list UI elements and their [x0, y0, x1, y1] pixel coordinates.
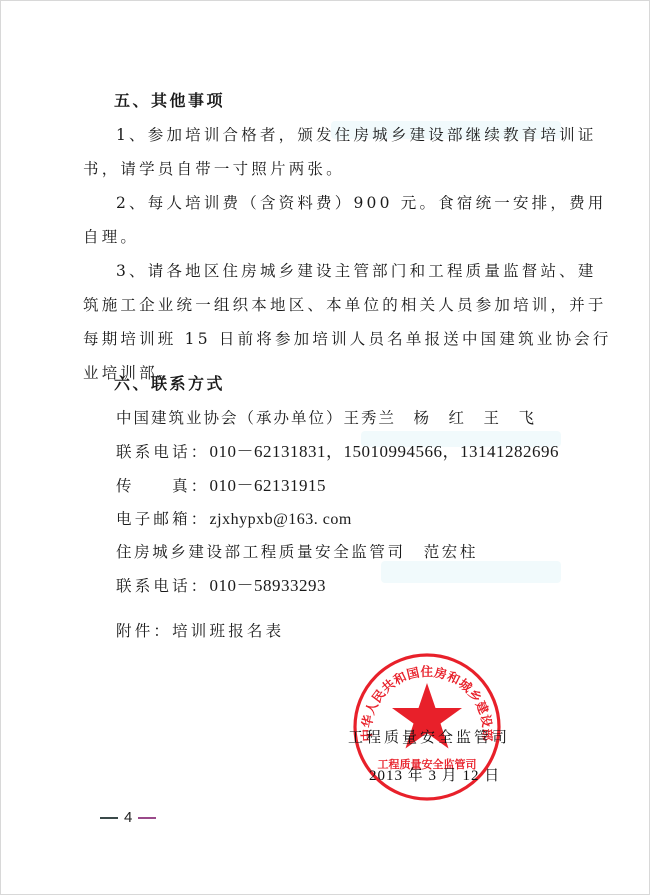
document-page: 五、其他事项 1、参加培训合格者，颁发住房城乡建设部继续教育培训证 书，请学员自…: [0, 0, 650, 895]
item1-line1: 1、参加培训合格者，颁发住房城乡建设部继续教育培训证: [116, 125, 597, 145]
item2-line2: 自理。: [83, 227, 139, 247]
fax-label: 传 真：: [116, 477, 210, 495]
phone2-value: 010－58933293: [210, 576, 327, 595]
email-value: zjxhypxb@163. com: [210, 511, 352, 528]
item1-line2: 书，请学员自带一寸照片两张。: [83, 159, 345, 179]
item3-line1: 3、请各地区住房城乡建设主管部门和工程质量监督站、建: [116, 261, 597, 281]
contact-email: 电子邮箱：zjxhypxb@163. com: [116, 509, 352, 530]
phone2-label: 联系电话：: [116, 577, 210, 595]
item3-line3: 每期培训班 15 日前将参加培训人员名单报送中国建筑业协会行: [83, 329, 612, 349]
contact-phone1: 联系电话：010－62131831，15010994566，1314128269…: [116, 442, 559, 462]
item2-line1: 2、每人培训费（含资料费）900 元。食宿统一安排，费用: [116, 193, 606, 213]
section6-heading: 六、联系方式: [114, 374, 225, 394]
contact-fax: 传 真：010－62131915: [116, 476, 326, 496]
dash-left: [100, 817, 118, 819]
signature-date: 2013 年 3 月 12 日: [369, 764, 500, 785]
page-number: 4: [94, 809, 162, 826]
section5-heading: 五、其他事项: [114, 91, 225, 111]
phone1-value: 010－62131831，15010994566，13141282696: [210, 442, 560, 461]
item3-line2: 筑施工企业统一组织本地区、本单位的相关人员参加培训，并于: [83, 295, 607, 315]
dash-right: [138, 817, 156, 819]
attachment-note: 附件：培训班报名表: [116, 621, 284, 641]
contact-org2: 住房城乡建设部工程质量安全监管司 范宏柱: [116, 542, 478, 562]
signature-department: 工程质量安全监管司: [348, 726, 510, 747]
fax-value: 010－62131915: [210, 476, 327, 495]
scan-artifact: [381, 561, 561, 583]
phone1-label: 联系电话：: [116, 443, 210, 461]
contact-org1: 中国建筑业协会（承办单位）王秀兰 杨 红 王 飞: [116, 408, 536, 428]
page-number-value: 4: [124, 809, 132, 826]
email-label: 电子邮箱：: [116, 510, 210, 528]
contact-phone2: 联系电话：010－58933293: [116, 576, 326, 596]
